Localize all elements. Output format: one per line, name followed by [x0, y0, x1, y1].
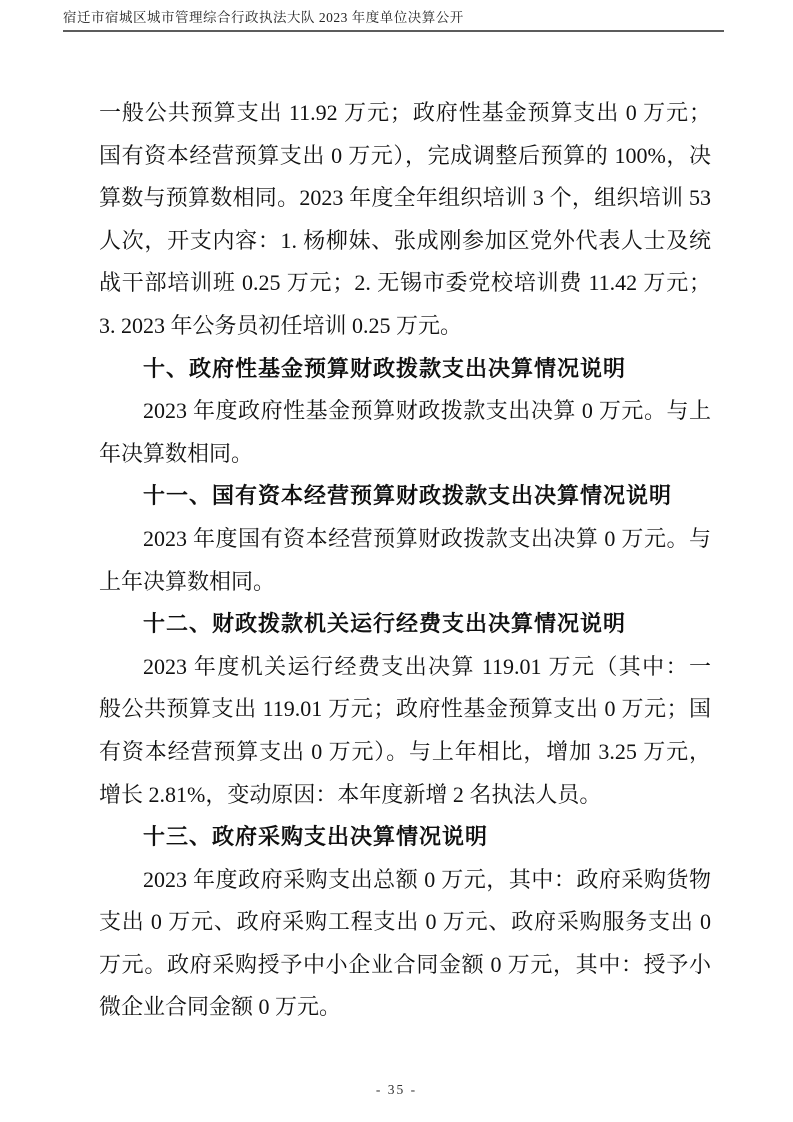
text-line: 万元。政府采购授予中小企业合同金额 0 万元，其中：授予小	[99, 944, 711, 987]
text-line: 般公共预算支出 119.01 万元；政府性基金预算支出 0 万元；国	[99, 688, 711, 731]
document-header: 宿迁市宿城区城市管理综合行政执法大队 2023 年度单位决算公开	[63, 9, 724, 32]
text-line: 3. 2023 年公务员初任培训 0.25 万元。	[99, 305, 711, 348]
text-line: 微企业合同金额 0 万元。	[99, 986, 711, 1029]
text-line: 年决算数相同。	[99, 433, 711, 476]
text-line: 2023 年度国有资本经营预算财政拨款支出决算 0 万元。与	[99, 518, 711, 561]
text-line: 2023 年度政府性基金预算财政拨款支出决算 0 万元。与上	[99, 390, 711, 433]
text-line: 国有资本经营预算支出 0 万元），完成调整后预算的 100%，决	[99, 135, 711, 178]
section-heading: 十、政府性基金预算财政拨款支出决算情况说明	[99, 348, 711, 391]
document-header-title: 宿迁市宿城区城市管理综合行政执法大队 2023 年度单位决算公开	[63, 9, 724, 30]
text-line: 支出 0 万元、政府采购工程支出 0 万元、政府采购服务支出 0	[99, 901, 711, 944]
text-line: 算数与预算数相同。2023 年度全年组织培训 3 个，组织培训 53	[99, 177, 711, 220]
document-page: 宿迁市宿城区城市管理综合行政执法大队 2023 年度单位决算公开 一般公共预算支…	[0, 0, 793, 1122]
text-line: 2023 年度政府采购支出总额 0 万元，其中：政府采购货物	[99, 859, 711, 902]
text-line: 一般公共预算支出 11.92 万元；政府性基金预算支出 0 万元；	[99, 92, 711, 135]
text-line: 战干部培训班 0.25 万元；2. 无锡市委党校培训费 11.42 万元；	[99, 262, 711, 305]
header-divider	[63, 30, 724, 32]
text-line: 有资本经营预算支出 0 万元）。与上年相比，增加 3.25 万元，	[99, 731, 711, 774]
text-line: 上年决算数相同。	[99, 561, 711, 604]
page-number: - 35 -	[0, 1082, 793, 1098]
section-heading: 十一、国有资本经营预算财政拨款支出决算情况说明	[99, 475, 711, 518]
text-line: 2023 年度机关运行经费支出决算 119.01 万元（其中：一	[99, 646, 711, 689]
text-line: 增长 2.81%，变动原因：本年度新增 2 名执法人员。	[99, 774, 711, 817]
document-body: 一般公共预算支出 11.92 万元；政府性基金预算支出 0 万元；国有资本经营预…	[99, 92, 711, 1029]
text-line: 人次，开支内容：1. 杨柳妹、张成刚参加区党外代表人士及统	[99, 220, 711, 263]
section-heading: 十二、财政拨款机关运行经费支出决算情况说明	[99, 603, 711, 646]
section-heading: 十三、政府采购支出决算情况说明	[99, 816, 711, 859]
